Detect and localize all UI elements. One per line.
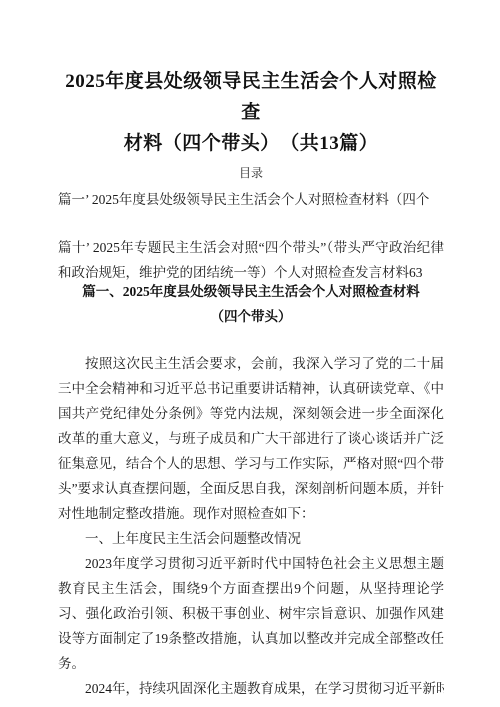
document-page: 2025年度县处级领导民主生活会个人对照检查 材料（四个带头） （共13篇） 目… bbox=[0, 0, 500, 707]
toc-heading: 目录 bbox=[58, 163, 444, 183]
section-heading-line-2: （四个带头） bbox=[58, 304, 444, 329]
toc-entry-1: 篇一’ 2025年度县处级领导民主生活会个人对照检查材料（四个 bbox=[58, 187, 444, 212]
toc-entry-10: 篇十’ 2025年专题民主生活会对照“四个带头”（带头严守政治纪律和政治规矩，维… bbox=[58, 235, 444, 285]
body-paragraph-2: 2023年度学习贯彻习近平新时代中国特色社会主义思想主题教育民主生活会，围绕9个… bbox=[58, 551, 444, 676]
document-title-line-1: 2025年度县处级领导民主生活会个人对照检查 bbox=[58, 66, 444, 128]
section-subheading: 一、上年度民主生活会问题整改情况 bbox=[58, 526, 444, 551]
document-title: 2025年度县处级领导民主生活会个人对照检查 材料（四个带头） （共13篇） bbox=[58, 66, 444, 159]
document-content: 2025年度县处级领导民主生活会个人对照检查 材料（四个带头） （共13篇） 目… bbox=[0, 0, 500, 701]
section-heading-line-1: 篇一、2025年度县处级领导民主生活会个人对照检查材料 bbox=[58, 279, 444, 304]
document-title-line-2: 材料（四个带头） （共13篇） bbox=[58, 128, 444, 159]
body-paragraph-3-truncated: 2024年，持续巩固深化主题教育成果，在学习贯彻习近平新时代中 bbox=[58, 676, 444, 701]
body-paragraph-1: 按照这次民主生活会要求，会前，我深入学习了党的二十届三中全会精神和习近平总书记重… bbox=[58, 351, 444, 526]
section-heading: 篇一、2025年度县处级领导民主生活会个人对照检查材料 （四个带头） bbox=[58, 279, 444, 329]
